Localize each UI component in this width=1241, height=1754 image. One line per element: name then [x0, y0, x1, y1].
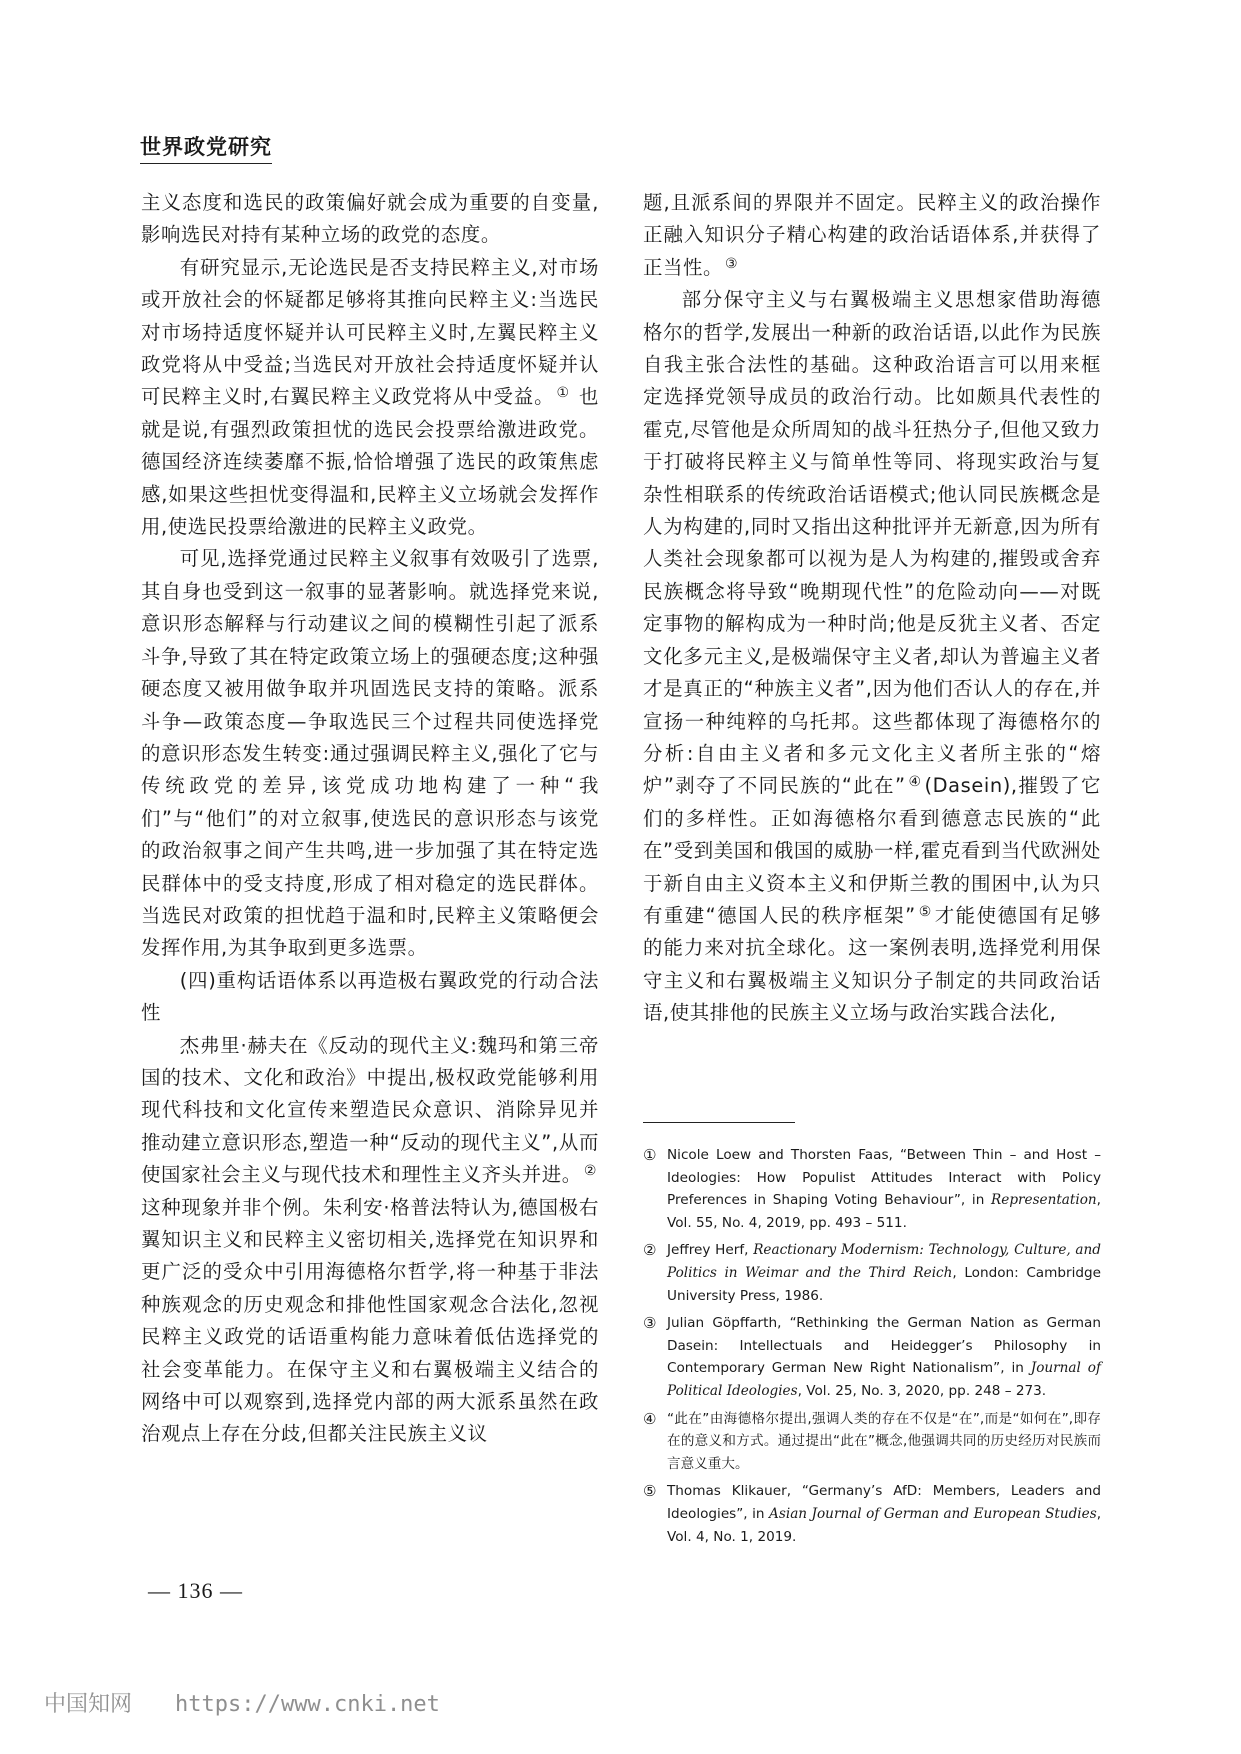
paragraph-continuation: 主义态度和选民的政策偏好就会成为重要的自变量,影响选民对持有某种立场的政党的态度…	[141, 187, 599, 252]
footnote-item: ① Nicole Loew and Thorsten Faas, “Betwee…	[643, 1144, 1101, 1234]
footnote-text: “此在”由海德格尔提出,强调人类的存在不仅是“在”,而是“如何在”,即存在的意义…	[667, 1408, 1101, 1476]
paragraph-continuation: 题,且派系间的界限并不固定。民粹主义的政治操作正融入知识分子精心构建的政治话语体…	[643, 187, 1101, 284]
footnote-ref-5[interactable]: ⑤	[918, 904, 933, 920]
watermark-url[interactable]: https://www.cnki.net	[175, 1692, 440, 1717]
footnote-mark: ⑤	[643, 1480, 667, 1548]
footnote-mark: ④	[643, 1408, 667, 1476]
section-heading: (四)重构话语体系以再造极右翼政党的行动合法性	[141, 965, 599, 1030]
footnote-mark: ②	[643, 1239, 667, 1307]
page-number: — 136 —	[148, 1578, 243, 1604]
footnote-item: ③ Julian Göpffarth, “Rethinking the Germ…	[643, 1312, 1101, 1402]
paragraph: 部分保守主义与右翼极端主义思想家借助海德格尔的哲学,发展出一种新的政治话语,以此…	[643, 284, 1101, 1029]
watermark: 中国知网 https://www.cnki.net	[44, 1687, 440, 1718]
footnote-item: ④ “此在”由海德格尔提出,强调人类的存在不仅是“在”,而是“如何在”,即存在的…	[643, 1408, 1101, 1476]
footnote-divider	[643, 1122, 795, 1123]
footnote-text: Thomas Klikauer, “Germany’s AfD: Members…	[667, 1480, 1101, 1548]
paragraph-text: 部分保守主义与右翼极端主义思想家借助海德格尔的哲学,发展出一种新的政治话语,以此…	[643, 288, 1101, 797]
footnote-ref-4[interactable]: ④	[908, 774, 923, 790]
footnote-text-plain: Jeffrey Herf,	[667, 1242, 753, 1258]
journal-title: 世界政党研究	[140, 134, 272, 164]
footnote-text: Nicole Loew and Thorsten Faas, “Between …	[667, 1144, 1101, 1234]
footnote-item: ② Jeffrey Herf, Reactionary Modernism: T…	[643, 1239, 1101, 1307]
footnotes-section: ① Nicole Loew and Thorsten Faas, “Betwee…	[643, 1144, 1101, 1553]
right-text-column: 题,且派系间的界限并不固定。民粹主义的政治操作正融入知识分子精心构建的政治话语体…	[643, 187, 1101, 1030]
paragraph: 杰弗里·赫夫在《反动的现代主义:魏玛和第三帝国的技术、文化和政治》中提出,极权政…	[141, 1030, 599, 1451]
footnote-text-plain: “此在”由海德格尔提出,强调人类的存在不仅是“在”,而是“如何在”,即存在的意义…	[667, 1411, 1101, 1472]
paragraph-text: 题,且派系间的界限并不固定。民粹主义的政治操作正融入知识分子精心构建的政治话语体…	[643, 191, 1101, 279]
footnote-item: ⑤ Thomas Klikauer, “Germany’s AfD: Membe…	[643, 1480, 1101, 1548]
paragraph: 有研究显示,无论选民是否支持民粹主义,对市场或开放社会的怀疑都足够将其推向民粹主…	[141, 252, 599, 544]
footnote-text-plain: , Vol. 25, No. 3, 2020, pp. 248 – 273.	[798, 1383, 1047, 1399]
watermark-site-name: 中国知网	[44, 1692, 132, 1717]
footnote-mark: ③	[643, 1312, 667, 1402]
paragraph-text: 这种现象并非个例。朱利安·格普法特认为,德国极右翼知识主义和民粹主义密切相关,选…	[141, 1196, 599, 1446]
footnote-ref-2[interactable]: ②	[584, 1163, 597, 1179]
footnote-ref-3[interactable]: ③	[725, 256, 738, 272]
paragraph: 可见,选择党通过民粹主义叙事有效吸引了选票,其自身也受到这一叙事的显著影响。就选…	[141, 543, 599, 964]
paragraph-text: 杰弗里·赫夫在《反动的现代主义:魏玛和第三帝国的技术、文化和政治》中提出,极权政…	[141, 1034, 599, 1187]
paragraph-text: 有研究显示,无论选民是否支持民粹主义,对市场或开放社会的怀疑都足够将其推向民粹主…	[141, 256, 599, 409]
footnote-text: Julian Göpffarth, “Rethinking the German…	[667, 1312, 1101, 1402]
footnote-publication-title: Asian Journal of German and European Stu…	[769, 1506, 1097, 1522]
footnote-mark: ①	[643, 1144, 667, 1234]
footnote-ref-1[interactable]: ①	[556, 385, 569, 401]
footnote-text: Jeffrey Herf, Reactionary Modernism: Tec…	[667, 1239, 1101, 1307]
footnote-publication-title: Representation	[991, 1192, 1097, 1208]
left-text-column: 主义态度和选民的政策偏好就会成为重要的自变量,影响选民对持有某种立场的政党的态度…	[141, 187, 599, 1451]
